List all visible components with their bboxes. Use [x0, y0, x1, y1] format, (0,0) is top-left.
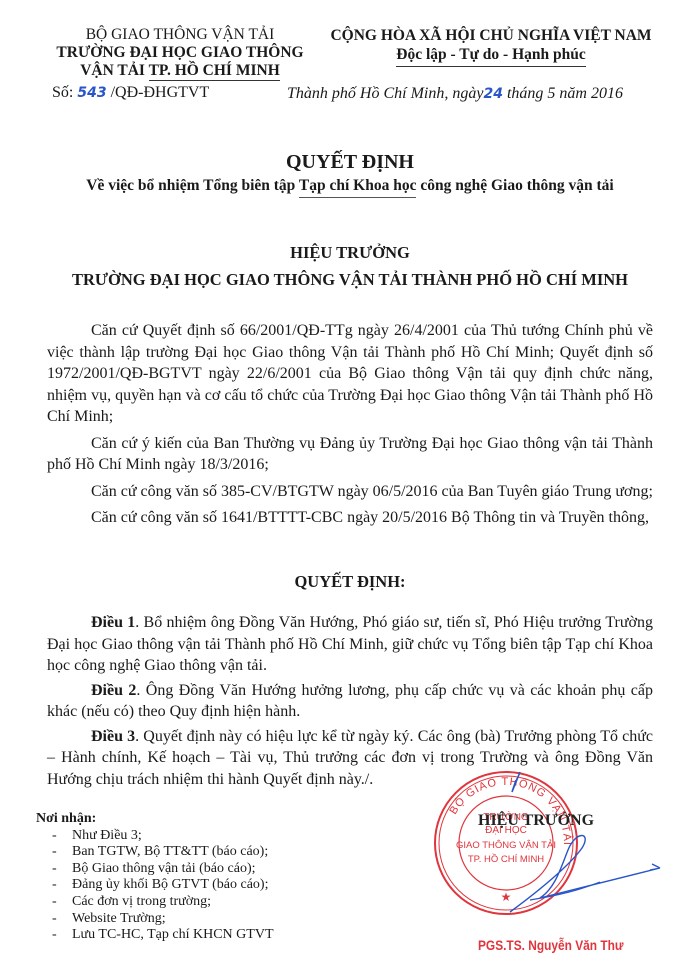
recipient-item: Website Trường; — [36, 911, 274, 928]
national-motto-block: CỘNG HÒA XÃ HỘI CHỦ NGHĨA VIỆT NAM Độc l… — [306, 26, 676, 67]
legal-basis: Căn cứ Quyết định số 66/2001/QĐ-TTg ngày… — [47, 320, 653, 534]
issuer-title: HIỆU TRƯỞNG — [0, 243, 700, 263]
recipient-item: Đảng ủy khối Bộ GTVT (báo cáo); — [36, 877, 274, 894]
ministry-name: BỘ GIAO THÔNG VẬN TẢI — [30, 26, 330, 44]
recipients: Nơi nhận: Như Điều 3; Ban TGTW, Bộ TT&TT… — [36, 811, 274, 944]
document-number: Số: 543 /QĐ-ĐHGTVT — [52, 84, 209, 102]
country-name: CỘNG HÒA XÃ HỘI CHỦ NGHĨA VIỆT NAM — [306, 26, 676, 45]
article-label: Điều 2 — [91, 682, 136, 699]
recipient-item: Các đơn vị trong trường; — [36, 894, 274, 911]
school-name-line2: VẬN TẢI TP. HỒ CHÍ MINH — [30, 62, 330, 80]
article-label: Điều 3 — [91, 728, 135, 745]
issuing-authority-block: BỘ GIAO THÔNG VẬN TẢI TRƯỜNG ĐẠI HỌC GIA… — [30, 26, 330, 80]
article-text: . Bổ nhiệm ông Đồng Văn Hướng, Phó giáo … — [47, 614, 653, 674]
school-name-line1: TRƯỜNG ĐẠI HỌC GIAO THÔNG — [30, 44, 330, 62]
place-date: Thành phố Hồ Chí Minh, ngày24 tháng 5 nă… — [287, 85, 623, 103]
recipient-item: Ban TGTW, Bộ TT&TT (báo cáo); — [36, 844, 274, 861]
decision-heading: QUYẾT ĐỊNH: — [0, 572, 700, 592]
place-date-suffix: tháng 5 năm 2016 — [503, 85, 623, 102]
subtitle-part3: công nghệ Giao thông vận tải — [416, 177, 613, 194]
recipients-heading: Nơi nhận: — [36, 811, 274, 828]
article-2: Điều 2. Ông Đồng Văn Hướng hưởng lương, … — [47, 680, 653, 723]
document-subtitle: Về việc bổ nhiệm Tổng biên tập Tạp chí K… — [0, 177, 700, 195]
place-date-prefix: Thành phố Hồ Chí Minh, ngày — [287, 85, 483, 102]
basis-paragraph: Căn cứ Quyết định số 66/2001/QĐ-TTg ngày… — [47, 320, 653, 428]
basis-paragraph: Căn cứ công văn số 385-CV/BTGTW ngày 06/… — [47, 481, 653, 503]
recipient-item: Bộ Giao thông vận tải (báo cáo); — [36, 861, 274, 878]
basis-paragraph: Căn cứ công văn số 1641/BTTTT-CBC ngày 2… — [47, 507, 653, 529]
number-prefix: Số: — [52, 84, 77, 101]
signer-name: PGS.TS. Nguyễn Văn Thư — [478, 937, 623, 953]
school-name-line2a: VẬN TẢI — [80, 62, 148, 79]
subtitle-part1: Về việc bổ nhiệm Tổng biên tập — [86, 177, 299, 194]
handwritten-day: 24 — [483, 86, 502, 102]
motto: Độc lập - Tự do - Hạnh phúc — [396, 45, 585, 67]
document-title: QUYẾT ĐỊNH — [0, 151, 700, 174]
subtitle-part2: Tạp chí Khoa học — [299, 177, 417, 198]
basis-paragraph: Căn cứ ý kiến của Ban Thường vụ Đảng ủy … — [47, 433, 653, 476]
articles: Điều 1. Bổ nhiệm ông Đồng Văn Hướng, Phó… — [47, 612, 653, 793]
article-1: Điều 1. Bổ nhiệm ông Đồng Văn Hướng, Phó… — [47, 612, 653, 677]
article-label: Điều 1 — [91, 614, 135, 631]
signature-icon — [500, 770, 700, 930]
recipient-item: Như Điều 3; — [36, 828, 274, 845]
issuer-school: TRƯỜNG ĐẠI HỌC GIAO THÔNG VẬN TẢI THÀNH … — [0, 270, 700, 290]
school-city: TP. HỒ CHÍ MINH — [149, 62, 280, 81]
handwritten-number: 543 — [77, 85, 106, 101]
number-suffix: /QĐ-ĐHGTVT — [107, 84, 210, 101]
article-text: . Ông Đồng Văn Hướng hưởng lương, phụ cấ… — [47, 682, 653, 721]
recipient-item: Lưu TC-HC, Tạp chí KHCN GTVT — [36, 927, 274, 944]
